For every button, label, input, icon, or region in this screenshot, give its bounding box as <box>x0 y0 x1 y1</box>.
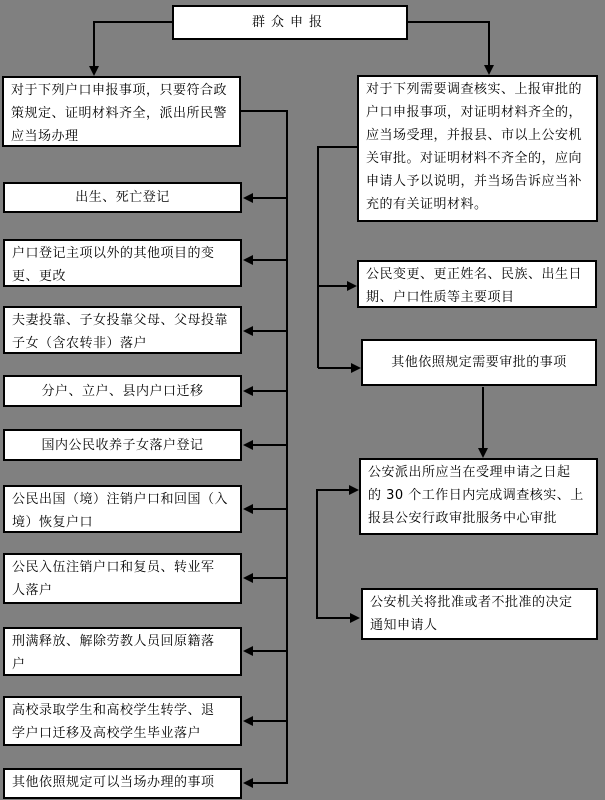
node-exit-return-household: 公民出国（境）注销户口和回国（入 境）恢复户口 <box>3 485 242 533</box>
node-public-declaration: 群众申报 <box>172 5 408 40</box>
flowchart-canvas: 群众申报 对于下列户口申报事项，只要符合政 策规定、证明材料齐全，派出所民警 应… <box>0 0 605 800</box>
node-family-dependency-settlement: 夫妻投靠、子女投靠父母、父母投靠 子女（含农转非）落户 <box>3 306 242 354</box>
node-other-item-changes: 户口登记主项以外的其他项目的变 更、更改 <box>3 239 242 287</box>
connector-right-lower-bracket <box>317 485 360 623</box>
node-military-enlistment-settlement: 公民入伍注销户口和复员、转业军 人落户 <box>3 553 242 604</box>
arrow-left-item-9 <box>243 716 288 726</box>
node-other-onsite-matters: 其他依照规定可以当场办理的事项 <box>3 768 242 799</box>
connector-right-upper-bracket <box>318 147 361 373</box>
node-onsite-handling-policy: 对于下列户口申报事项，只要符合政 策规定、证明材料齐全，派出所民警 应当场办理 <box>2 76 241 147</box>
arrow-left-item-7 <box>243 573 288 583</box>
node-student-household-transfer: 高校录取学生和高校学生转学、退 学户口迁移及高校学生毕业落户 <box>3 696 242 746</box>
arrow-left-item-2 <box>243 255 288 265</box>
arrow-left-item-10 <box>243 778 288 788</box>
connector-root-to-right <box>406 22 494 75</box>
arrow-left-item-4 <box>243 386 288 396</box>
arrow-left-item-3 <box>243 326 288 336</box>
node-household-split-transfer: 分户、立户、县内户口迁移 <box>3 375 242 407</box>
arrow-left-item-1 <box>243 193 288 203</box>
node-verification-approval-policy: 对于下列需要调查核实、上报审批的 户口申报事项，对证明材料齐全的， 应当场受理，… <box>357 75 598 222</box>
arrow-left-item-6 <box>243 504 288 514</box>
connector-left-trunk <box>241 111 287 783</box>
node-other-approval-matters: 其他依照规定需要审批的事项 <box>361 339 597 386</box>
node-birth-death-registration: 出生、死亡登记 <box>3 182 242 213</box>
node-name-ethnicity-changes: 公民变更、更正姓名、民族、出生日 期、户口性质等主要项目 <box>357 260 597 308</box>
node-domestic-adoption-registration: 国内公民收养子女落户登记 <box>3 429 242 461</box>
connector-root-to-left <box>89 22 172 76</box>
arrow-left-item-8 <box>243 646 288 656</box>
arrow-left-item-5 <box>243 440 288 450</box>
arrow-approval-flow-down <box>478 387 488 458</box>
node-approval-notification: 公安机关将批准或者不批准的决定 通知申请人 <box>361 588 598 640</box>
node-police-station-30days: 公安派出所应当在受理申请之日起 的 30 个工作日内完成调查核实、上 报县公安行… <box>359 458 598 535</box>
node-released-persons-settlement: 刑满释放、解除劳教人员回原籍落 户 <box>3 627 242 676</box>
